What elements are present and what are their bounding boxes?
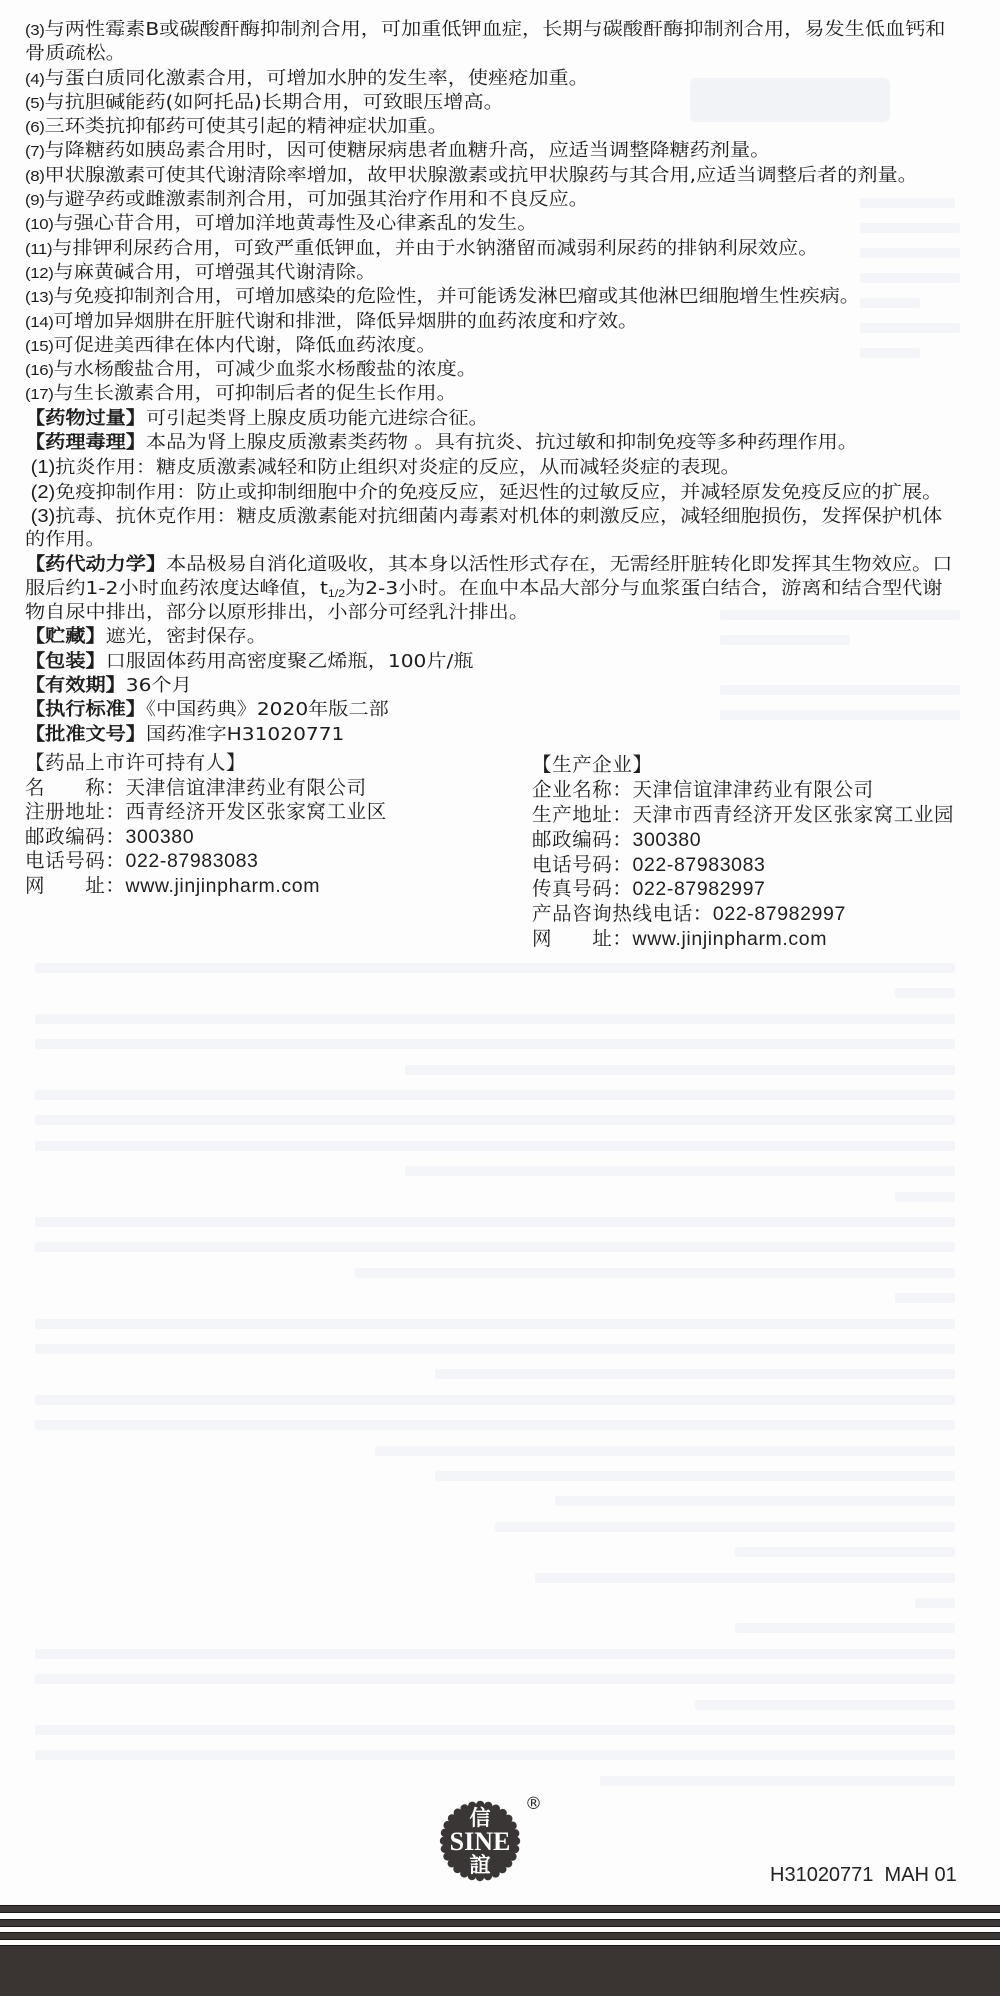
row-value: 022-87983083: [633, 854, 766, 876]
item-text: 与抗胆碱能药(如阿托品)长期合用，可致眼压增高。: [45, 92, 504, 113]
pharmacology-item-continued: 的作用。: [25, 528, 952, 552]
row-label: 生产地址：: [532, 803, 633, 826]
mah-row-phone: 电话号码：022-87983083: [25, 849, 387, 874]
item-text: 骨质疏松。: [25, 43, 126, 64]
ghost-line: [695, 1700, 955, 1710]
section-text: 本品极易自消化道吸收，其本身以活性形式存在，无需经肝脏转化即发挥其生物效应。口: [166, 554, 952, 575]
section-heading: 【有效期】: [25, 675, 126, 696]
row-value: www.jinjinpharm.com: [126, 875, 321, 897]
section-text: 36个月: [126, 675, 192, 696]
pharmacokinetics-continued: 服后约1-2小时血药浓度达峰值，t1/2为2-3小时。在血中本品大部分与血浆蛋白…: [25, 577, 952, 601]
section-pharmacokinetics: 【药代动力学】本品极易自消化道吸收，其本身以活性形式存在，无需经肝脏转化即发挥其…: [25, 553, 952, 577]
ghost-line: [35, 1141, 955, 1151]
section-text: 遮光，密封保存。: [106, 626, 267, 647]
ghost-line: [35, 1090, 955, 1100]
insert-body: (3)与两性霉素B或碳酸酐酶抑制剂合用，可加重低钾血症，长期与碳酸酐酶抑制剂合用…: [25, 18, 952, 747]
item-text: 防止或抑制细胞中介的免疫反应，延迟性的过敏反应，并减轻原发免疫反应的扩展。: [196, 482, 942, 503]
row-label: 注册地址：: [25, 800, 126, 823]
ghost-line: [35, 1750, 955, 1760]
row-value: 天津市西青经济开发区张家窝工业园: [633, 804, 955, 826]
item-number: (2): [31, 482, 56, 502]
row-value: 022-87983083: [126, 850, 259, 872]
interaction-item: (5)与抗胆碱能药(如阿托品)长期合用，可致眼压增高。: [25, 91, 952, 115]
row-label: 产品咨询热线电话：: [532, 902, 713, 925]
ghost-line: [735, 1623, 955, 1633]
ghost-line: [555, 1496, 955, 1506]
item-text: 与生长激素合用，可抑制后者的促生长作用。: [54, 383, 457, 404]
document-code: H31020771 MAH 01: [770, 1862, 957, 1888]
row-value: 西青经济开发区张家窝工业区: [126, 801, 387, 823]
item-number: (4): [25, 71, 45, 88]
logo-bottom-character: 誼: [438, 1854, 522, 1876]
item-text: 与麻黄碱合用，可增强其代谢清除。: [54, 262, 377, 283]
item-number: (13): [25, 289, 54, 306]
ghost-line: [405, 1065, 955, 1075]
item-number: (12): [25, 265, 54, 282]
ghost-line: [355, 1268, 955, 1278]
item-number: (15): [25, 338, 54, 355]
row-value: 天津信谊津津药业有限公司: [126, 777, 367, 799]
section-heading: 【药物过量】: [25, 408, 146, 429]
row-label: 网 址：: [25, 874, 126, 897]
item-text: 的作用。: [25, 529, 106, 550]
bottom-dark-band: [0, 1945, 1000, 1996]
interaction-item: (6)三环类抗抑郁药可使其引起的精神症状加重。: [25, 115, 952, 139]
ghost-line: [35, 1725, 955, 1735]
item-number: (11): [25, 241, 52, 258]
section-standard: 【执行标准】《中国药典》2020年版二部: [25, 698, 952, 722]
ghost-line: [35, 1649, 955, 1659]
interaction-item: (14)可增加异烟肼在肝脏代谢和排泄，降低异烟肼的血药浓度和疗效。: [25, 310, 952, 334]
interaction-item: (4)与蛋白质同化激素合用，可增加水肿的发生率，使痤疮加重。: [25, 67, 952, 91]
ghost-line: [35, 1674, 955, 1684]
item-number: (14): [25, 314, 54, 331]
item-text: 与降糖药如胰岛素合用时，因可使糖尿病患者血糖升高，应适当调整降糖药剂量。: [45, 140, 771, 161]
item-text: 与两性霉素B或碳酸酐酶抑制剂合用，可加重低钾血症，长期与碳酸酐酶抑制剂合用，易发…: [45, 19, 946, 40]
mah-row-website: 网 址：www.jinjinpharm.com: [25, 874, 387, 899]
section-storage: 【贮藏】遮光，密封保存。: [25, 625, 952, 649]
decorative-stripe: [0, 1932, 1000, 1940]
interaction-item: (13)与免疫抑制剂合用，可增加感染的危险性，并可能诱发淋巴瘤或其他淋巴细胞增生…: [25, 285, 952, 309]
item-text: 糖皮质激素能对抗细菌内毒素对机体的刺激反应，减轻细胞损伤，发挥保护机体: [237, 506, 943, 527]
interaction-item: (7)与降糖药如胰岛素合用时，因可使糖尿病患者血糖升高，应适当调整降糖药剂量。: [25, 139, 952, 163]
item-number: (1): [31, 457, 56, 477]
section-text: 服后约1-2小时血药浓度达峰值，t: [25, 578, 328, 599]
item-text: 甲状腺激素可使其代谢清除率增加，故甲状腺激素或抗甲状腺药与其合用,应适当调整后者…: [45, 165, 918, 186]
row-value: 300380: [633, 829, 702, 851]
interaction-item: (10)与强心苷合用，可增加洋地黄毒性及心律紊乱的发生。: [25, 212, 952, 236]
item-text: 与强心苷合用，可增加洋地黄毒性及心律紊乱的发生。: [54, 213, 538, 234]
section-heading: 【批准文号】: [25, 724, 146, 745]
row-value: 022-87982997: [633, 878, 766, 900]
manufacturer-row-address: 生产地址：天津市西青经济开发区张家窝工业园: [532, 803, 954, 828]
item-number: (7): [25, 143, 45, 160]
row-label: 传真号码：: [532, 877, 633, 900]
section-text: 物自尿中排出，部分以原形排出，小部分可经乳汁排出。: [25, 602, 529, 623]
interaction-item: (16)与水杨酸盐合用，可减少血浆水杨酸盐的浓度。: [25, 358, 952, 382]
ghost-line: [405, 1166, 955, 1176]
ghost-line: [535, 1573, 955, 1583]
half-life-subscript: 1/2: [328, 588, 345, 600]
item-number: (8): [25, 168, 45, 185]
ghost-line: [35, 1420, 955, 1430]
ghost-line: [35, 1319, 955, 1329]
mah-row-address: 注册地址：西青经济开发区张家窝工业区: [25, 800, 387, 825]
ghost-line: [35, 1039, 955, 1049]
item-number: (16): [25, 362, 54, 379]
row-value: 天津信谊津津药业有限公司: [633, 779, 874, 801]
section-text: 可引起类肾上腺皮质功能亢进综合征。: [146, 408, 489, 429]
ghost-line: [895, 988, 955, 998]
interaction-item: (17)与生长激素合用，可抑制后者的促生长作用。: [25, 382, 952, 406]
manufacturer-heading: 【生产企业】: [532, 753, 954, 778]
sine-logo: 信 SINE 誼: [438, 1799, 522, 1883]
pharmacology-item: (1)抗炎作用：糖皮质激素减轻和防止组织对炎症的反应，从而减轻炎症的表现。: [25, 455, 952, 479]
row-label: 企业名称：: [532, 778, 633, 801]
logo-wordmark: SINE: [438, 1829, 522, 1855]
ghost-line: [35, 1217, 955, 1227]
interaction-item: (15)可促进美西律在体内代谢，降低血药浓度。: [25, 334, 952, 358]
pharmacokinetics-continued: 物自尿中排出，部分以原形排出，小部分可经乳汁排出。: [25, 601, 952, 625]
section-text: 本品为肾上腺皮质激素类药物 。具有抗炎、抗过敏和抑制免疫等多种药理作用。: [146, 432, 858, 453]
section-heading: 【药代动力学】: [25, 554, 166, 575]
row-value: 022-87982997: [713, 903, 846, 925]
section-text: 《中国药典》2020年版二部: [146, 699, 389, 720]
mah-row-postcode: 邮政编码：300380: [25, 825, 387, 850]
ghost-line: [735, 1547, 955, 1557]
ghost-line: [600, 1776, 955, 1786]
row-label: 电话号码：: [25, 849, 126, 872]
manufacturer-row-name: 企业名称：天津信谊津津药业有限公司: [532, 778, 954, 803]
row-value: 300380: [126, 826, 195, 848]
row-label: 电话号码：: [532, 853, 633, 876]
marketing-authorization-holder: 【药品上市许可持有人】 名 称：天津信谊津津药业有限公司 注册地址：西青经济开发…: [25, 751, 387, 898]
ghost-line: [35, 963, 955, 973]
section-text: 为2-3小时。在血中本品大部分与血浆蛋白结合，游离和结合型代谢: [345, 578, 942, 599]
item-label: 抗毒、抗休克作用：: [55, 506, 236, 527]
decorative-stripe: [0, 1905, 1000, 1913]
row-value: www.jinjinpharm.com: [633, 928, 828, 950]
section-heading: 【包装】: [25, 651, 106, 672]
item-label: 免疫抑制作用：: [55, 482, 196, 503]
ghost-line: [915, 1598, 955, 1608]
item-number: (10): [25, 216, 54, 233]
ghost-line: [375, 1446, 955, 1456]
ghost-line: [35, 1242, 955, 1252]
interaction-item: (3)与两性霉素B或碳酸酐酶抑制剂合用，可加重低钾血症，长期与碳酸酐酶抑制剂合用…: [25, 18, 952, 42]
row-label: 网 址：: [532, 927, 633, 950]
section-text: 口服固体药用高密度聚乙烯瓶，100片/瓶: [106, 651, 474, 672]
manufacturer-row-phone: 电话号码：022-87983083: [532, 853, 954, 878]
manufacturer-row-hotline: 产品咨询热线电话：022-87982997: [532, 902, 954, 927]
row-label: 名 称：: [25, 776, 126, 799]
section-text: 国药准字H31020771: [146, 724, 344, 745]
section-heading: 【药理毒理】: [25, 432, 146, 453]
item-number: (9): [25, 192, 45, 209]
manufacturer: 【生产企业】 企业名称：天津信谊津津药业有限公司 生产地址：天津市西青经济开发区…: [532, 753, 954, 952]
row-label: 邮政编码：: [25, 825, 126, 848]
ghost-line: [495, 1522, 955, 1532]
interaction-item: (8)甲状腺激素可使其代谢清除率增加，故甲状腺激素或抗甲状腺药与其合用,应适当调…: [25, 164, 952, 188]
ghost-line: [35, 1344, 955, 1354]
ghost-line: [895, 1192, 955, 1202]
section-overdose: 【药物过量】可引起类肾上腺皮质功能亢进综合征。: [25, 407, 952, 431]
section-pharmacology: 【药理毒理】本品为肾上腺皮质激素类药物 。具有抗炎、抗过敏和抑制免疫等多种药理作…: [25, 431, 952, 455]
item-text: 三环类抗抑郁药可使其引起的精神症状加重。: [45, 116, 448, 137]
section-heading: 【贮藏】: [25, 626, 106, 647]
interaction-item-continued: 骨质疏松。: [25, 42, 952, 66]
manufacturer-row-fax: 传真号码：022-87982997: [532, 877, 954, 902]
pharmacology-item: (3)抗毒、抗休克作用：糖皮质激素能对抗细菌内毒素对机体的刺激反应，减轻细胞损伤…: [25, 504, 952, 528]
manufacturer-row-postcode: 邮政编码：300380: [532, 828, 954, 853]
ghost-line: [435, 1369, 955, 1379]
section-package: 【包装】口服固体药用高密度聚乙烯瓶，100片/瓶: [25, 650, 952, 674]
registered-trademark-icon: ®: [525, 1794, 542, 1814]
logo-top-character: 信: [438, 1807, 522, 1829]
manufacturer-row-website: 网 址：www.jinjinpharm.com: [532, 927, 954, 952]
ghost-line: [35, 1395, 955, 1405]
item-text: 与避孕药或雌激素制剂合用，可加强其治疗作用和不良反应。: [45, 189, 589, 210]
item-text: 与免疫抑制剂合用，可增加感染的危险性，并可能诱发淋巴瘤或其他淋巴细胞增生性疾病。: [54, 286, 860, 307]
mah-heading: 【药品上市许可持有人】: [25, 751, 387, 776]
ghost-line: [895, 1293, 955, 1303]
decorative-stripe: [0, 1919, 1000, 1927]
ghost-line: [35, 1014, 955, 1024]
item-number: (5): [25, 95, 45, 112]
ghost-line: [435, 1471, 955, 1481]
item-number: (17): [25, 386, 54, 403]
item-number: (3): [25, 22, 45, 39]
item-number: (6): [25, 119, 45, 136]
section-shelf-life: 【有效期】36个月: [25, 674, 952, 698]
item-label: 抗炎作用：: [55, 457, 156, 478]
pharmacology-item: (2)免疫抑制作用：防止或抑制细胞中介的免疫反应，延迟性的过敏反应，并减轻原发免…: [25, 480, 952, 504]
item-text: 与蛋白质同化激素合用，可增加水肿的发生率，使痤疮加重。: [45, 68, 589, 89]
section-approval-number: 【批准文号】国药准字H31020771: [25, 723, 952, 747]
item-number: (3): [31, 506, 56, 526]
interaction-item: (9)与避孕药或雌激素制剂合用，可加强其治疗作用和不良反应。: [25, 188, 952, 212]
item-text: 与水杨酸盐合用，可减少血浆水杨酸盐的浓度。: [54, 359, 477, 380]
item-text: 可增加异烟肼在肝脏代谢和排泄，降低异烟肼的血药浓度和疗效。: [54, 311, 639, 332]
item-text: 糖皮质激素减轻和防止组织对炎症的反应，从而减轻炎症的表现。: [156, 457, 741, 478]
interaction-item: (11)与排钾利尿药合用，可致严重低钾血，并由于水钠潴留而减弱利尿药的排钠利尿效…: [25, 237, 952, 261]
ghost-line: [35, 1115, 955, 1125]
row-label: 邮政编码：: [532, 828, 633, 851]
mah-row-name: 名 称：天津信谊津津药业有限公司: [25, 776, 387, 801]
item-text: 与排钾利尿药合用，可致严重低钾血，并由于水钠潴留而减弱利尿药的排钠利尿效应。: [52, 238, 818, 259]
item-text: 可促进美西律在体内代谢，降低血药浓度。: [54, 335, 437, 356]
section-heading: 【执行标准】: [25, 699, 146, 720]
interaction-item: (12)与麻黄碱合用，可增强其代谢清除。: [25, 261, 952, 285]
